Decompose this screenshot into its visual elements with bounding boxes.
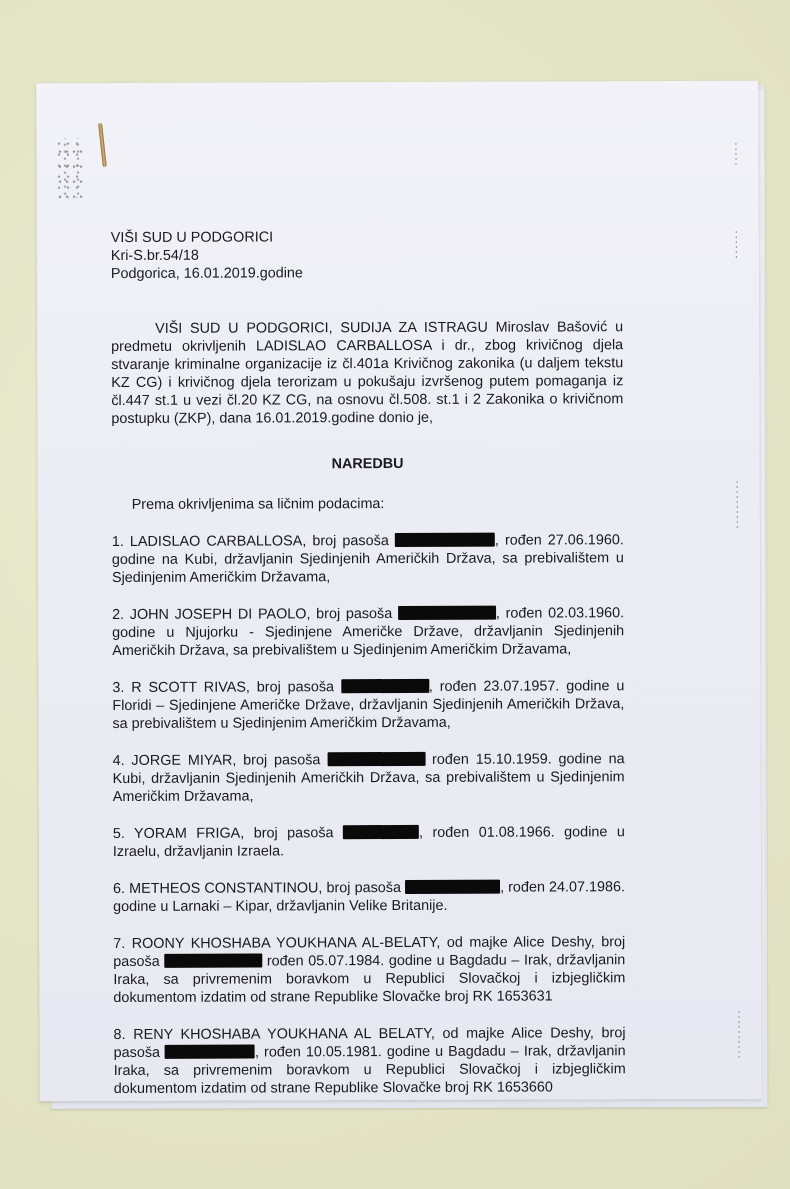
document-title: NAREDBU: [112, 454, 624, 474]
document-header: VIŠI SUD U PODGORICI Kri-S.br.54/18 Podg…: [111, 227, 623, 283]
defendant-entry: 4. JORGE MIYAR, broj pasoša rođen 15.10.…: [113, 750, 625, 806]
defendant-entry: 7. ROONY KHOSHABA YOUKHANA AL-BELATY, od…: [113, 933, 625, 1007]
redaction-bar: [327, 752, 425, 766]
defendant-entry: 2. JOHN JOSEPH DI PAOLO, broj pasoša , r…: [112, 604, 624, 660]
redaction-bar: [164, 953, 262, 967]
redaction-bar: [398, 606, 496, 620]
intro-line: Prema okrivljenima sa ličnim podacima:: [112, 494, 624, 514]
edge-scan-marks: [738, 1011, 739, 1061]
defendant-entry: 3. R SCOTT RIVAS, broj pasoša , rođen 23…: [112, 677, 624, 733]
defendant-entry: 1. LADISLAO CARBALLOSA, broj pasoša , ro…: [112, 531, 624, 587]
punch-marks: [54, 138, 84, 198]
place-date: Podgorica, 16.01.2019.godine: [111, 263, 623, 283]
defendant-text: 5. YORAM FRIGA, broj pasoša: [113, 825, 343, 842]
defendant-text: 6. METHEOS CONSTANTINOU, broj pasoša: [113, 880, 405, 897]
preamble-paragraph: VIŠI SUD U PODGORICI, SUDIJA ZA ISTRAGU …: [111, 318, 623, 428]
redaction-bar: [395, 533, 495, 547]
defendant-entry: 8. RENY KHOSHABA YOUKHANA AL BELATY, od …: [114, 1024, 626, 1098]
defendant-text: 1. LADISLAO CARBALLOSA, broj pasoša: [112, 533, 395, 550]
staple-icon: [98, 123, 107, 167]
redaction-bar: [405, 880, 500, 894]
defendant-text: 4. JORGE MIYAR, broj pasoša: [113, 752, 328, 769]
document-body: VIŠI SUD U PODGORICI Kri-S.br.54/18 Podg…: [111, 227, 626, 1098]
redaction-bar: [343, 825, 419, 839]
edge-scan-marks: [735, 143, 736, 165]
case-number: Kri-S.br.54/18: [111, 245, 623, 265]
redaction-bar: [341, 679, 429, 693]
defendant-entry: 6. METHEOS CONSTANTINOU, broj pasoša , r…: [113, 878, 625, 916]
redaction-bar: [165, 1045, 255, 1059]
edge-scan-marks: [737, 481, 738, 531]
defendant-entry: 5. YORAM FRIGA, broj pasoša , rođen 01.0…: [113, 823, 625, 861]
edge-scan-marks: [736, 231, 737, 261]
defendant-text: 2. JOHN JOSEPH DI PAOLO, broj pasoša: [112, 606, 398, 623]
defendant-text: 3. R SCOTT RIVAS, broj pasoša: [112, 679, 341, 696]
court-name: VIŠI SUD U PODGORICI: [111, 227, 623, 247]
defendants-list: 1. LADISLAO CARBALLOSA, broj pasoša , ro…: [112, 531, 626, 1098]
document-page: VIŠI SUD U PODGORICI Kri-S.br.54/18 Podg…: [36, 81, 762, 1102]
